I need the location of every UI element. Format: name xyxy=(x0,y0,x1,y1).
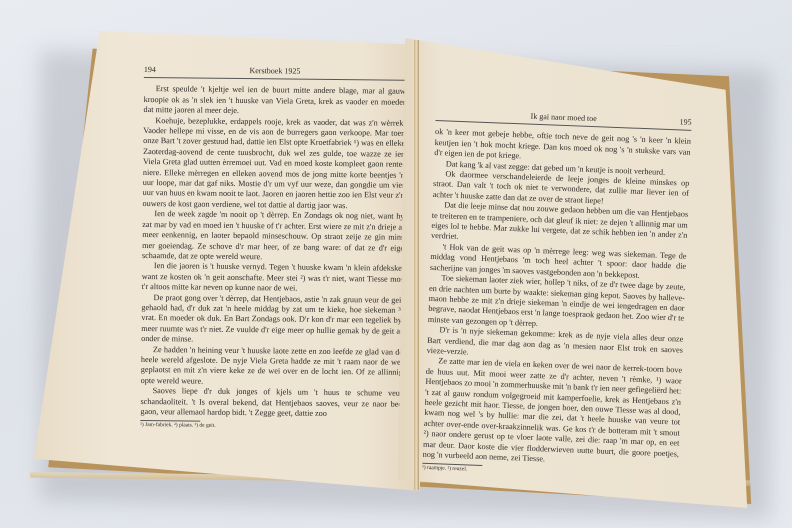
left-page-text: 194 Kerstboek 1925 Erst speulde 't kjelt… xyxy=(140,65,406,432)
paragraph: Koehuje, bezeplukke, erdappels rooje, kr… xyxy=(142,116,405,212)
running-title: Kerstboek 1925 xyxy=(156,65,394,78)
left-page-header: 194 Kerstboek 1925 xyxy=(144,65,406,81)
book-gutter xyxy=(414,40,419,490)
right-page-text: Ik gai naor moed toe 195 ok 'n keer mot … xyxy=(422,108,692,482)
left-page: 194 Kerstboek 1925 Erst speulde 't kjelt… xyxy=(34,31,420,491)
paragraph: Saoves liepe d'r duk jonges of kjels um … xyxy=(140,386,402,420)
paragraph: Ien die jaoren is 't huuske vernyd. Tege… xyxy=(142,261,404,295)
right-page-header: Ik gai naor moed toe 195 xyxy=(435,108,691,131)
page-number: 195 xyxy=(679,117,691,128)
paragraph: De praot gong over 't dèrrep, dat Hentje… xyxy=(141,293,404,348)
paragraph: Erst speulde 't kjeltje wel ien de buurt… xyxy=(143,84,405,118)
photo-scene: 194 Kerstboek 1925 Erst speulde 't kjelt… xyxy=(0,0,792,528)
page-number: 194 xyxy=(144,65,156,76)
footnotes: ¹) Jam-fabriek. ²) plaats. ³) de geit. xyxy=(140,422,402,432)
paragraph: Ze zatte mar ien de viela en keken over … xyxy=(422,356,682,470)
paragraph: Ze hadden 'n heining veur 't huuske laot… xyxy=(141,345,403,389)
paragraph: Ien de week zagde 'm nooit op 't dèrrep.… xyxy=(142,209,405,264)
running-title: Ik gai naor moed toe xyxy=(448,108,680,127)
right-page: Ik gai naor moed toe 195 ok 'n keer mot … xyxy=(398,38,758,508)
